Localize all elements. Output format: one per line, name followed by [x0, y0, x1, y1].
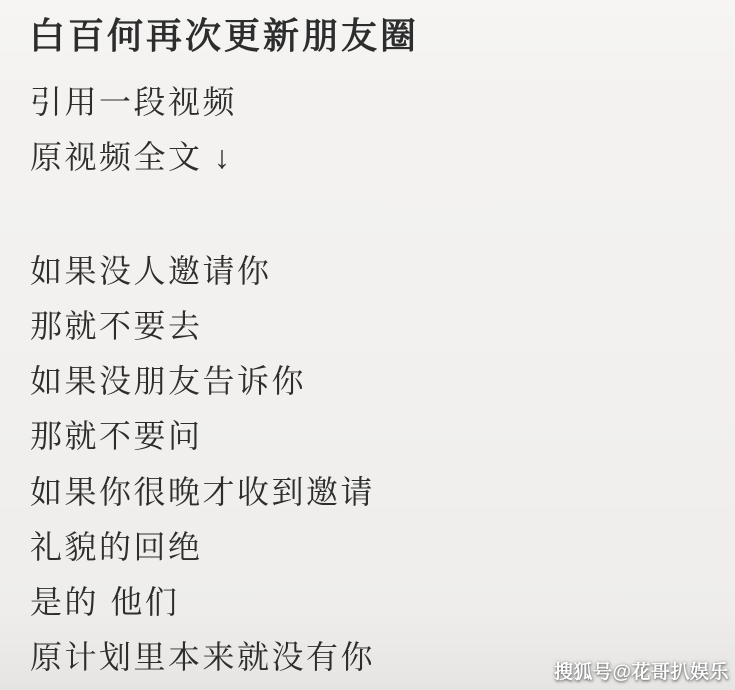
article-page: 白百何再次更新朋友圈 引用一段视频 原视频全文 ↓ 如果没人邀请你 那就不要去 …	[0, 0, 735, 690]
body-line-4: 那就不要问	[30, 419, 203, 454]
body-line-8: 原计划里本来就没有你	[30, 640, 375, 675]
body-line-5: 如果你很晚才收到邀请	[30, 475, 375, 510]
intro-line-quote-video: 引用一段视频	[30, 85, 237, 120]
sohu-watermark: 搜狐号@花哥扒娱乐	[554, 657, 729, 684]
intro-line-original-text-down-arrow: 原视频全文 ↓	[30, 140, 232, 175]
body-line-3: 如果没朋友告诉你	[30, 364, 306, 399]
article-title: 白百何再次更新朋友圈	[29, 16, 419, 56]
body-line-7: 是的 他们	[30, 585, 179, 620]
body-line-1: 如果没人邀请你	[30, 254, 272, 289]
body-line-2: 那就不要去	[30, 309, 203, 344]
body-line-6: 礼貌的回绝	[30, 530, 203, 565]
